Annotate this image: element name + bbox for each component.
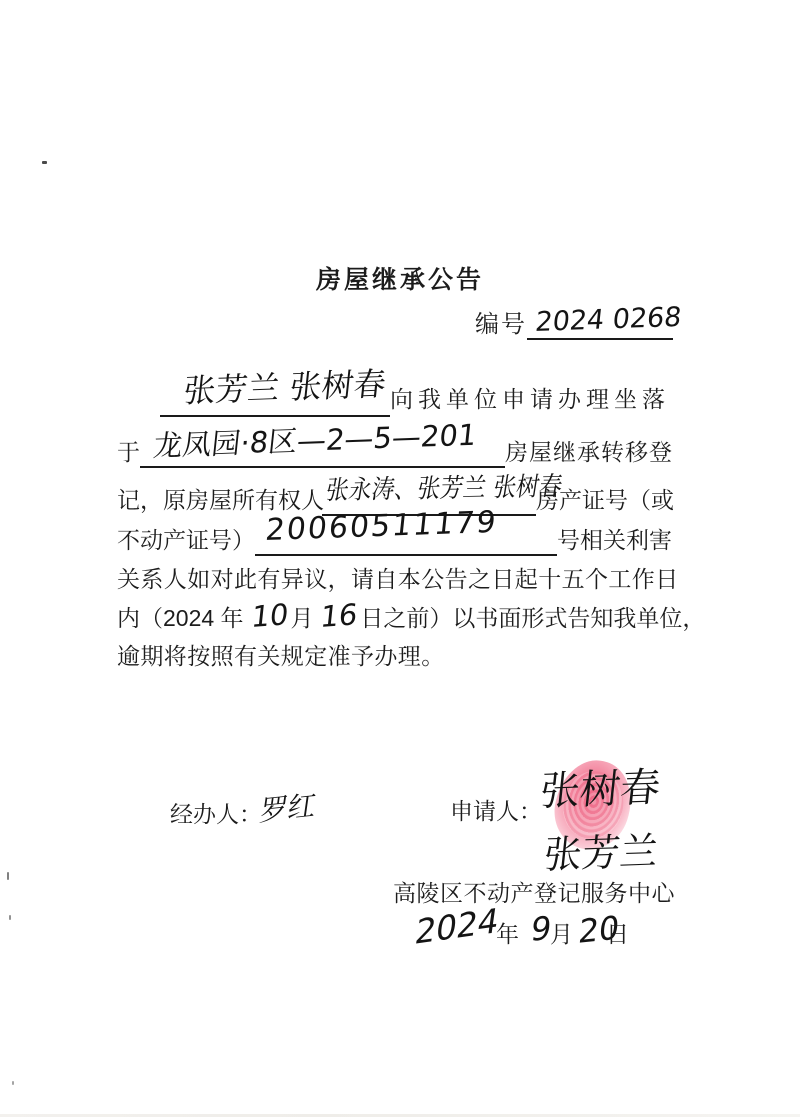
scan-speck (9, 915, 11, 920)
body-line6-part1: 内（2024 年 (117, 607, 244, 630)
body-line3-prefix: 记，原房屋所有权人 (117, 489, 324, 512)
handler-signature-handwritten: 罗红 (258, 792, 318, 826)
date-day-label: 日 (606, 923, 629, 946)
body-line6: 内（2024 年 10 月 16 日之前）以书面形式告知我单位， (117, 603, 705, 630)
body-line4-suffix: 号相关利害 (557, 529, 672, 552)
body-line5: 关系人如对此有异议，请自本公告之日起十五个工作日 (117, 568, 679, 591)
handler-label: 经办人： (170, 803, 262, 826)
date-year-label: 年 (496, 923, 519, 946)
body-line3-suffix: 房产证号（或 (536, 489, 674, 512)
body-line6-month-label: 月 (290, 607, 313, 630)
scan-speck (7, 872, 9, 880)
doc-number-value-handwritten: 2024 0268 (534, 304, 683, 336)
applicant-signature2-handwritten: 张芳兰 (542, 832, 660, 874)
org-name: 高陵区不动产登记服务中心 (393, 882, 675, 905)
body-line7: 逾期将按照有关规定准予办理。 (117, 645, 445, 668)
original-owners-handwritten: 张永涛、张芳兰 张树春 (324, 474, 564, 504)
body-line4-prefix: 不动产证号） (117, 529, 255, 552)
day-value-handwritten: 16 (319, 600, 359, 632)
body-line1-printed: 向我单位申请办理坐落 (390, 388, 670, 411)
body-line2-suffix: 房屋继承转移登 (505, 441, 673, 464)
body-line6-part2: 日之前）以书面形式告知我单位， (360, 607, 705, 630)
doc-number-label: 编号 (475, 313, 527, 337)
applicant-names-handwritten: 张芳兰 张树春 (182, 368, 387, 407)
scan-speck (12, 1081, 14, 1085)
month-value-handwritten: 10 (250, 600, 290, 632)
scanned-notice-page: 房屋继承公告 编号 2024 0268 张芳兰 张树春 向我单位申请办理坐落 于… (0, 0, 800, 1117)
applicant-label: 申请人： (450, 800, 542, 823)
applicant-signature1-handwritten: 张树春 (538, 768, 662, 812)
date-month-label: 月 (550, 923, 573, 946)
document-title: 房屋继承公告 (0, 268, 800, 293)
certificate-number-handwritten: 20060511179 (264, 508, 499, 546)
date-year-handwritten: 2024 (413, 903, 501, 949)
body-line2-prefix: 于 (117, 441, 140, 464)
scan-speck (42, 161, 47, 164)
